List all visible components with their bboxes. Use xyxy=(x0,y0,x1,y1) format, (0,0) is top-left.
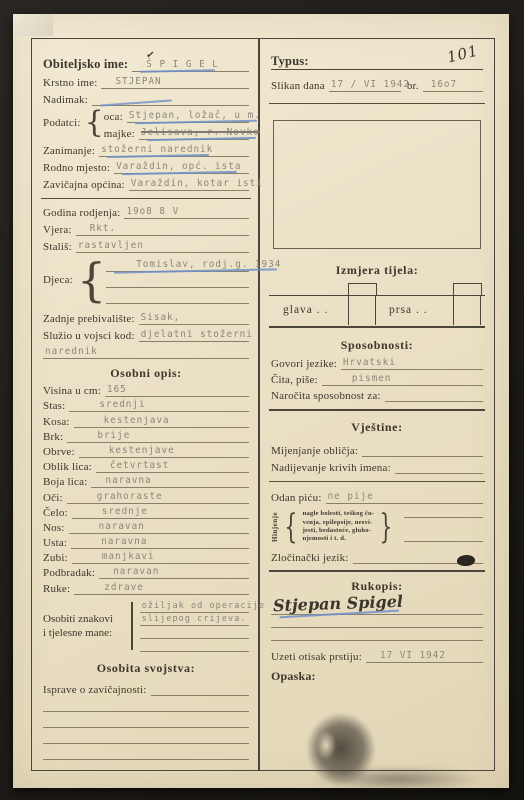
brace-bar xyxy=(131,602,133,650)
field-birthplace: Rodno mjesto: Varaždin, opć. ista xyxy=(43,157,249,174)
field-value: zdrave xyxy=(74,582,146,594)
field-value: Varaždin, kotar isti xyxy=(129,178,265,190)
special-traits-title: Osobita svojstva: xyxy=(43,661,249,677)
skills-title: Vještine: xyxy=(271,420,483,436)
brace-glyph: { xyxy=(284,509,297,545)
field-value: srednji xyxy=(69,399,147,411)
section-separator xyxy=(41,198,251,199)
ruled-line xyxy=(106,287,249,288)
photo-placeholder-box xyxy=(273,120,481,249)
section-separator xyxy=(269,570,485,572)
feigning-text: nagle bolesti, teškog ču- venja, epileps… xyxy=(303,510,375,544)
field-face-shape: Oblik lica: četvrtast xyxy=(43,458,249,473)
ruled-line xyxy=(43,759,249,760)
field-value: ožiljak od operacije xyxy=(140,601,267,612)
form-border: Obiteljsko ime: ✓ Š P I G E L Krstno ime… xyxy=(31,38,495,771)
ruled-line xyxy=(395,473,483,474)
ruled-line: 17 VI 1942 xyxy=(366,650,483,663)
field-home-municipality: Zavičajna općina: Varaždin, kotar isti xyxy=(43,174,249,191)
field-label: Govori jezike: xyxy=(271,358,341,370)
field-eyes: Oči: grahoraste xyxy=(43,488,249,503)
field-label: Odan piću: xyxy=(271,492,326,504)
field-last-residence: Zadnje prebivalište: Sisak, xyxy=(43,308,249,325)
field-label: Zubi: xyxy=(43,552,72,564)
field-chin: Podbradak: naravan xyxy=(43,564,249,579)
field-special-marks: Osobiti znakovi i tjelesne mane: ožiljak… xyxy=(43,600,249,652)
field-label: Rodno mjesto: xyxy=(43,162,114,174)
field-value: rastavljen xyxy=(76,240,146,252)
field-status: Stališ: rastavljen xyxy=(43,236,249,253)
field-forehead: Čelo: srednje xyxy=(43,504,249,519)
field-label: Kosa: xyxy=(43,416,74,428)
ruled-line: naravna xyxy=(71,536,249,549)
ruled-line: narednik xyxy=(43,346,249,359)
field-languages: Govori jezike: Hrvatski xyxy=(271,354,483,370)
ruled-line xyxy=(404,540,483,542)
field-label: Usta: xyxy=(43,537,71,549)
field-special-ability: Naročita sposobnost za: xyxy=(271,386,483,402)
field-build: Stas: srednji xyxy=(43,397,249,412)
field-value: Sisak, xyxy=(139,312,183,324)
ruled-line xyxy=(353,563,483,564)
blank-line xyxy=(43,728,249,744)
field-value: srednje xyxy=(72,506,150,518)
ruled-line: Jelisava, r. Novko xyxy=(139,127,249,140)
marks-line-4 xyxy=(140,639,249,652)
field-label: Vjera: xyxy=(43,224,76,236)
field-label: Zadnje prebivalište: xyxy=(43,313,139,325)
field-value: ne pije xyxy=(326,491,376,503)
field-label: Boja lica: xyxy=(43,476,91,488)
ruled-line xyxy=(151,695,249,696)
field-fingerprints: Uzeti otisak prstiju: 17 VI 1942 xyxy=(271,646,483,663)
field-teeth: Zubi: manjkavi xyxy=(43,549,249,564)
field-value: 19o8 8 V xyxy=(124,206,181,218)
ruled-line: ne pije xyxy=(326,491,483,504)
field-label: Oči: xyxy=(43,492,67,504)
ink-blot xyxy=(457,555,475,566)
field-label: Čelo: xyxy=(43,507,72,519)
ruled-line xyxy=(43,743,249,744)
paper-fold xyxy=(13,14,53,36)
field-label: Nos: xyxy=(43,522,69,534)
field-label: Nadijevanje krivih imena: xyxy=(271,462,395,474)
children-line-2 xyxy=(106,272,249,288)
field-value: grahoraste xyxy=(67,491,165,503)
field-label: Osobiti znakovi i tjelesne mane: xyxy=(43,612,129,640)
field-value: naravna xyxy=(71,536,149,548)
field-label: Brk: xyxy=(43,431,67,443)
field-label: oca: xyxy=(104,111,127,123)
ruled-line xyxy=(362,456,483,457)
ruled-line xyxy=(92,105,249,106)
field-typus: Typus: 101 xyxy=(271,51,483,70)
field-label: Ruke: xyxy=(43,583,74,595)
ruled-line: pismen xyxy=(322,373,483,386)
field-value: 165 xyxy=(105,384,129,396)
field-value: 17 VI 1942 xyxy=(366,650,448,662)
field-value: 16o7 xyxy=(423,79,459,91)
ruled-line xyxy=(140,651,249,652)
field-value: Varaždin, opć. ista xyxy=(114,161,243,173)
ruled-line: brije xyxy=(67,430,249,443)
field-parents: Podatci: { oca: Stjepan, ložač, u m. maj… xyxy=(43,106,249,140)
field-religion: Vjera: Rkt. xyxy=(43,219,249,236)
ruled-line: 165 xyxy=(105,384,249,397)
blank-line xyxy=(271,628,483,641)
field-photographed: Slikan dana 17 / VI 1942 br. 16o7 xyxy=(271,75,483,92)
field-label: Djeca: xyxy=(43,274,77,286)
field-value: manjkavi xyxy=(72,551,157,563)
field-father: oca: Stjepan, ložač, u m. xyxy=(104,106,249,123)
blank-line xyxy=(43,696,249,712)
field-mother: majke: Jelisava, r. Novko xyxy=(104,123,249,140)
photo-background: Obiteljsko ime: ✓ Š P I G E L Krstno ime… xyxy=(0,0,524,800)
field-family-name: Obiteljsko ime: ✓ Š P I G E L xyxy=(43,55,249,72)
ruled-line: djelatni stožerni xyxy=(139,329,249,342)
field-value: kestenjave xyxy=(79,445,177,457)
ruled-line: rastavljen xyxy=(76,240,249,253)
field-label: Podbradak: xyxy=(43,567,99,579)
marks-line-3 xyxy=(140,626,249,639)
ruled-line: zdrave xyxy=(74,582,249,595)
section-separator xyxy=(269,409,485,411)
personal-description-title: Osobni opis: xyxy=(43,366,249,382)
body-measurements: glava . . prsa . . xyxy=(271,283,483,325)
field-value: narednik xyxy=(43,346,100,358)
field-value: naravan xyxy=(99,566,161,578)
ruled-line: 17 / VI 1942 xyxy=(329,79,401,92)
section-separator xyxy=(269,103,485,104)
ruled-line xyxy=(385,401,483,402)
ruled-line: Rkt. xyxy=(76,223,249,236)
field-label: Uzeti otisak prstiju: xyxy=(271,651,366,663)
field-label: Oblik lica: xyxy=(43,461,96,473)
field-label: Krstno ime: xyxy=(43,77,101,89)
brace-glyph: } xyxy=(380,509,393,545)
field-label: Čita, piše: xyxy=(271,374,322,386)
document-paper: Obiteljsko ime: ✓ Š P I G E L Krstno ime… xyxy=(13,14,509,788)
ruled-line: četvrtast xyxy=(96,460,249,473)
blank-line xyxy=(43,744,249,760)
field-value: brije xyxy=(67,430,132,442)
field-criminal-language: Zločinački jezik: xyxy=(271,547,483,564)
field-label: majke: xyxy=(104,128,139,140)
typus-number-handwritten: 101 xyxy=(446,41,481,66)
field-label: Zločinački jezik: xyxy=(271,552,353,564)
field-height: Visina u cm: 165 xyxy=(43,382,249,397)
field-value: kestenjava xyxy=(74,415,172,427)
marks-line-2: slijepog crijeva. xyxy=(140,613,249,626)
field-value: STJEPAN xyxy=(101,76,163,88)
measure-box-chest xyxy=(453,295,481,325)
signature-handwritten: Stjepan Spigel xyxy=(271,592,406,617)
field-label: Zavičajna općina: xyxy=(43,179,129,191)
field-label: Visina u cm: xyxy=(43,385,105,397)
ruled-line: Hrvatski xyxy=(341,357,483,370)
field-value: stožerni narednik xyxy=(99,144,215,156)
ruled-line xyxy=(140,638,249,639)
ruled-line: stožerni narednik xyxy=(99,144,249,157)
ruled-line: manjkavi xyxy=(72,551,249,564)
field-false-names: Nadijevanje krivih imena: xyxy=(271,457,483,474)
field-military-service-cont: narednik xyxy=(43,342,249,359)
pen-stroke xyxy=(100,99,172,106)
field-label: Opaska: xyxy=(271,669,320,684)
field-value: 17 / VI 1942 xyxy=(329,79,412,91)
field-nickname: Nadimak: xyxy=(43,89,249,106)
field-disguise: Mijenjanje obličja: xyxy=(271,440,483,457)
field-value: naravna xyxy=(91,475,153,487)
chest-label: prsa . . xyxy=(389,295,428,325)
ruled-line: Tomislav, rodj.g. 1934 xyxy=(106,259,249,272)
ruled-line: Stjepan, ložač, u m. xyxy=(127,110,249,123)
ruled-line: Varaždin, kotar isti xyxy=(129,178,249,191)
ruled-line: naravan xyxy=(69,521,249,534)
field-eyebrows: Obrve: kestenjave xyxy=(43,443,249,458)
field-documents: Isprave o zavičajnosti: xyxy=(43,679,249,696)
ruled-line: Varaždin, opć. ista xyxy=(114,161,249,174)
ruled-line: srednje xyxy=(72,506,249,519)
ink-smudge-band xyxy=(313,766,483,792)
ruled-line xyxy=(43,711,249,712)
head-label: glava . . xyxy=(283,295,328,325)
section-separator xyxy=(269,481,485,482)
children-line-1: Tomislav, rodj.g. 1934 xyxy=(106,256,249,272)
ruled-line xyxy=(43,727,249,728)
field-value: Tomislav, rodj.g. 1934 xyxy=(106,259,283,271)
field-moustache: Brk: brije xyxy=(43,428,249,443)
ruled-line: 19o8 8 V xyxy=(124,206,249,219)
field-birth-year: Godina rodjenja: 19o8 8 V xyxy=(43,202,249,219)
ruled-line: naravna xyxy=(91,475,249,488)
ruled-line: STJEPAN xyxy=(101,76,249,89)
ruled-line: kestenjave xyxy=(79,445,249,458)
field-value: Š P I G E L xyxy=(132,59,221,71)
field-label: Obrve: xyxy=(43,446,79,458)
field-label: Isprave o zavičajnosti: xyxy=(43,684,151,696)
field-label: Stas: xyxy=(43,400,69,412)
feigning-blank-lines xyxy=(404,512,483,542)
brace-glyph: { xyxy=(85,108,104,138)
field-label: Naročita sposobnost za: xyxy=(271,390,385,402)
field-occupation: Zanimanje: stožerni narednik xyxy=(43,140,249,157)
field-literacy: Čita, piše: pismen xyxy=(271,370,483,386)
field-label: Služio u vojsci kod: xyxy=(43,330,139,342)
field-label: Typus: xyxy=(271,54,313,69)
field-value: četvrtast xyxy=(96,460,171,472)
field-value: Hrvatski xyxy=(341,357,398,369)
measure-tab-chest xyxy=(453,283,482,295)
field-children: Djeca: { Tomislav, rodj.g. 1934 xyxy=(43,256,249,304)
ruled-line: srednji xyxy=(69,399,249,412)
children-line-3 xyxy=(106,288,249,304)
field-label: Podatci: xyxy=(43,117,85,129)
left-column: Obiteljsko ime: ✓ Š P I G E L Krstno ime… xyxy=(32,39,258,770)
ruled-line xyxy=(271,640,483,641)
field-value: Jelisava, r. Novko xyxy=(139,127,262,139)
ruled-line: Sisak, xyxy=(139,312,249,325)
abilities-title: Sposobnosti: xyxy=(271,338,483,354)
field-value: slijepog crijeva. xyxy=(140,614,249,625)
field-hair: Kosa: kestenjava xyxy=(43,412,249,427)
brace-glyph: { xyxy=(77,257,106,303)
field-label: Stališ: xyxy=(43,241,76,253)
ruled-line xyxy=(404,516,483,518)
field-hands: Ruke: zdrave xyxy=(43,579,249,594)
field-label: Mijenjanje obličja: xyxy=(271,445,362,457)
field-remark: Opaska: xyxy=(271,667,483,684)
ruled-line: ✓ Š P I G E L xyxy=(132,59,249,72)
field-complexion: Boja lica: naravna xyxy=(43,473,249,488)
field-label: Obiteljsko ime: xyxy=(43,57,132,72)
field-mouth: Usta: naravna xyxy=(43,534,249,549)
ruled-line: grahoraste xyxy=(67,491,249,504)
field-value: pismen xyxy=(322,373,394,385)
right-column: Typus: 101 Slikan dana 17 / VI 1942 br. … xyxy=(260,39,494,770)
ruled-line: 16o7 xyxy=(423,79,483,92)
field-first-name: Krstno ime: STJEPAN xyxy=(43,72,249,89)
feigning-section: Hinjenje { nagle bolesti, teškog ču- ven… xyxy=(271,509,483,545)
field-drinking: Odan piću: ne pije xyxy=(271,487,483,504)
feigning-label-vertical: Hinjenje xyxy=(271,509,279,545)
marks-line-1: ožiljak od operacije xyxy=(140,600,249,613)
ruled-line xyxy=(106,303,249,304)
ruled-line: ožiljak od operacije xyxy=(140,601,249,613)
field-military-service: Služio u vojsci kod: djelatni stožerni xyxy=(43,325,249,342)
measure-box-head xyxy=(348,295,376,325)
field-label: Slikan dana xyxy=(271,80,329,92)
field-value: naravan xyxy=(69,521,147,533)
ruled-line xyxy=(271,627,483,628)
field-label: Godina rodjenja: xyxy=(43,207,124,219)
fingerprint-highlight xyxy=(316,730,336,760)
field-value: djelatni stožerni xyxy=(139,329,255,341)
field-value: Stjepan, ložač, u m. xyxy=(127,110,263,122)
ruled-line: kestenjava xyxy=(74,415,249,428)
ruled-line: Stjepan Spigel xyxy=(271,594,483,615)
ruled-line: slijepog crijeva. xyxy=(140,614,249,626)
field-label: Zanimanje: xyxy=(43,145,99,157)
measure-tab-head xyxy=(348,283,377,295)
blank-line xyxy=(43,712,249,728)
signature-row: Stjepan Spigel xyxy=(271,595,483,615)
measurements-title: Izmjera tijela: xyxy=(271,263,483,279)
field-nose: Nos: naravan xyxy=(43,519,249,534)
ruled-line: naravan xyxy=(99,566,249,579)
field-value: Rkt. xyxy=(76,223,118,235)
